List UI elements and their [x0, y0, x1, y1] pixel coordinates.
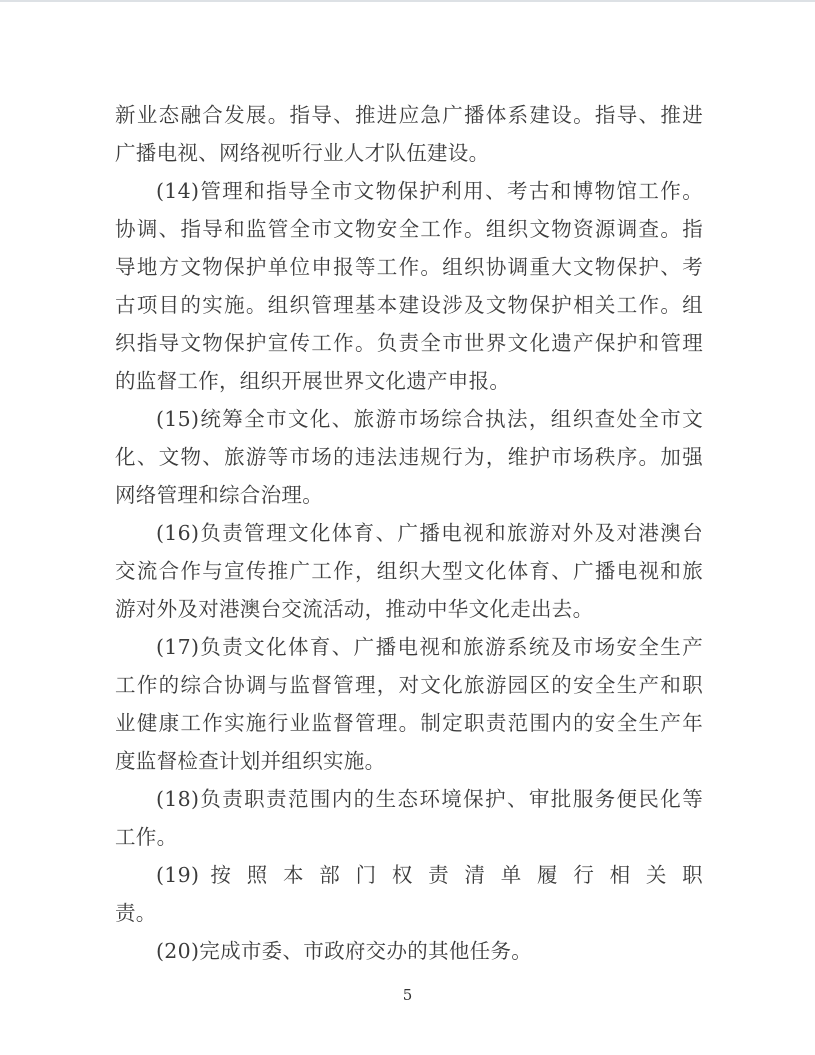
- document-line: (18)负责职责范围内的生态环境保护、审批服务便民化等: [115, 780, 703, 818]
- document-line: (14)管理和指导全市文物保护利用、考古和博物馆工作。: [115, 172, 703, 210]
- page-number: 5: [0, 984, 815, 1006]
- scan-top-edge: [0, 0, 815, 2]
- document-line: 古项目的实施。组织管理基本建设涉及文物保护相关工作。组: [115, 286, 703, 324]
- document-line: 的监督工作，组织开展世界文化遗产申报。: [115, 362, 703, 400]
- document-line: (19) 按 照 本 部 门 权 责 清 单 履 行 相 关 职: [115, 856, 703, 894]
- document-line: 责。: [115, 894, 703, 932]
- document-line: 化、文物、旅游等市场的违法违规行为，维护市场秩序。加强: [115, 438, 703, 476]
- document-line: 网络管理和综合治理。: [115, 476, 703, 514]
- document-line: 广播电视、网络视听行业人才队伍建设。: [115, 134, 703, 172]
- document-line: 新业态融合发展。指导、推进应急广播体系建设。指导、推进: [115, 96, 703, 134]
- document-line: 工作的综合协调与监督管理，对文化旅游园区的安全生产和职: [115, 666, 703, 704]
- document-line: 织指导文物保护宣传工作。负责全市世界文化遗产保护和管理: [115, 324, 703, 362]
- document-page: 新业态融合发展。指导、推进应急广播体系建设。指导、推进广播电视、网络视听行业人才…: [0, 0, 815, 1055]
- document-body: 新业态融合发展。指导、推进应急广播体系建设。指导、推进广播电视、网络视听行业人才…: [115, 96, 703, 970]
- document-line: 交流合作与宣传推广工作，组织大型文化体育、广播电视和旅: [115, 552, 703, 590]
- document-line: 导地方文物保护单位申报等工作。组织协调重大文物保护、考: [115, 248, 703, 286]
- document-line: (17)负责文化体育、广播电视和旅游系统及市场安全生产: [115, 628, 703, 666]
- document-line: 度监督检查计划并组织实施。: [115, 742, 703, 780]
- document-line: (15)统筹全市文化、旅游市场综合执法，组织查处全市文: [115, 400, 703, 438]
- document-line: (20)完成市委、市政府交办的其他任务。: [115, 932, 703, 970]
- document-line: (16)负责管理文化体育、广播电视和旅游对外及对港澳台: [115, 514, 703, 552]
- document-line: 工作。: [115, 818, 703, 856]
- document-line: 协调、指导和监管全市文物安全工作。组织文物资源调查。指: [115, 210, 703, 248]
- document-line: 游对外及对港澳台交流活动，推动中华文化走出去。: [115, 590, 703, 628]
- document-line: 业健康工作实施行业监督管理。制定职责范围内的安全生产年: [115, 704, 703, 742]
